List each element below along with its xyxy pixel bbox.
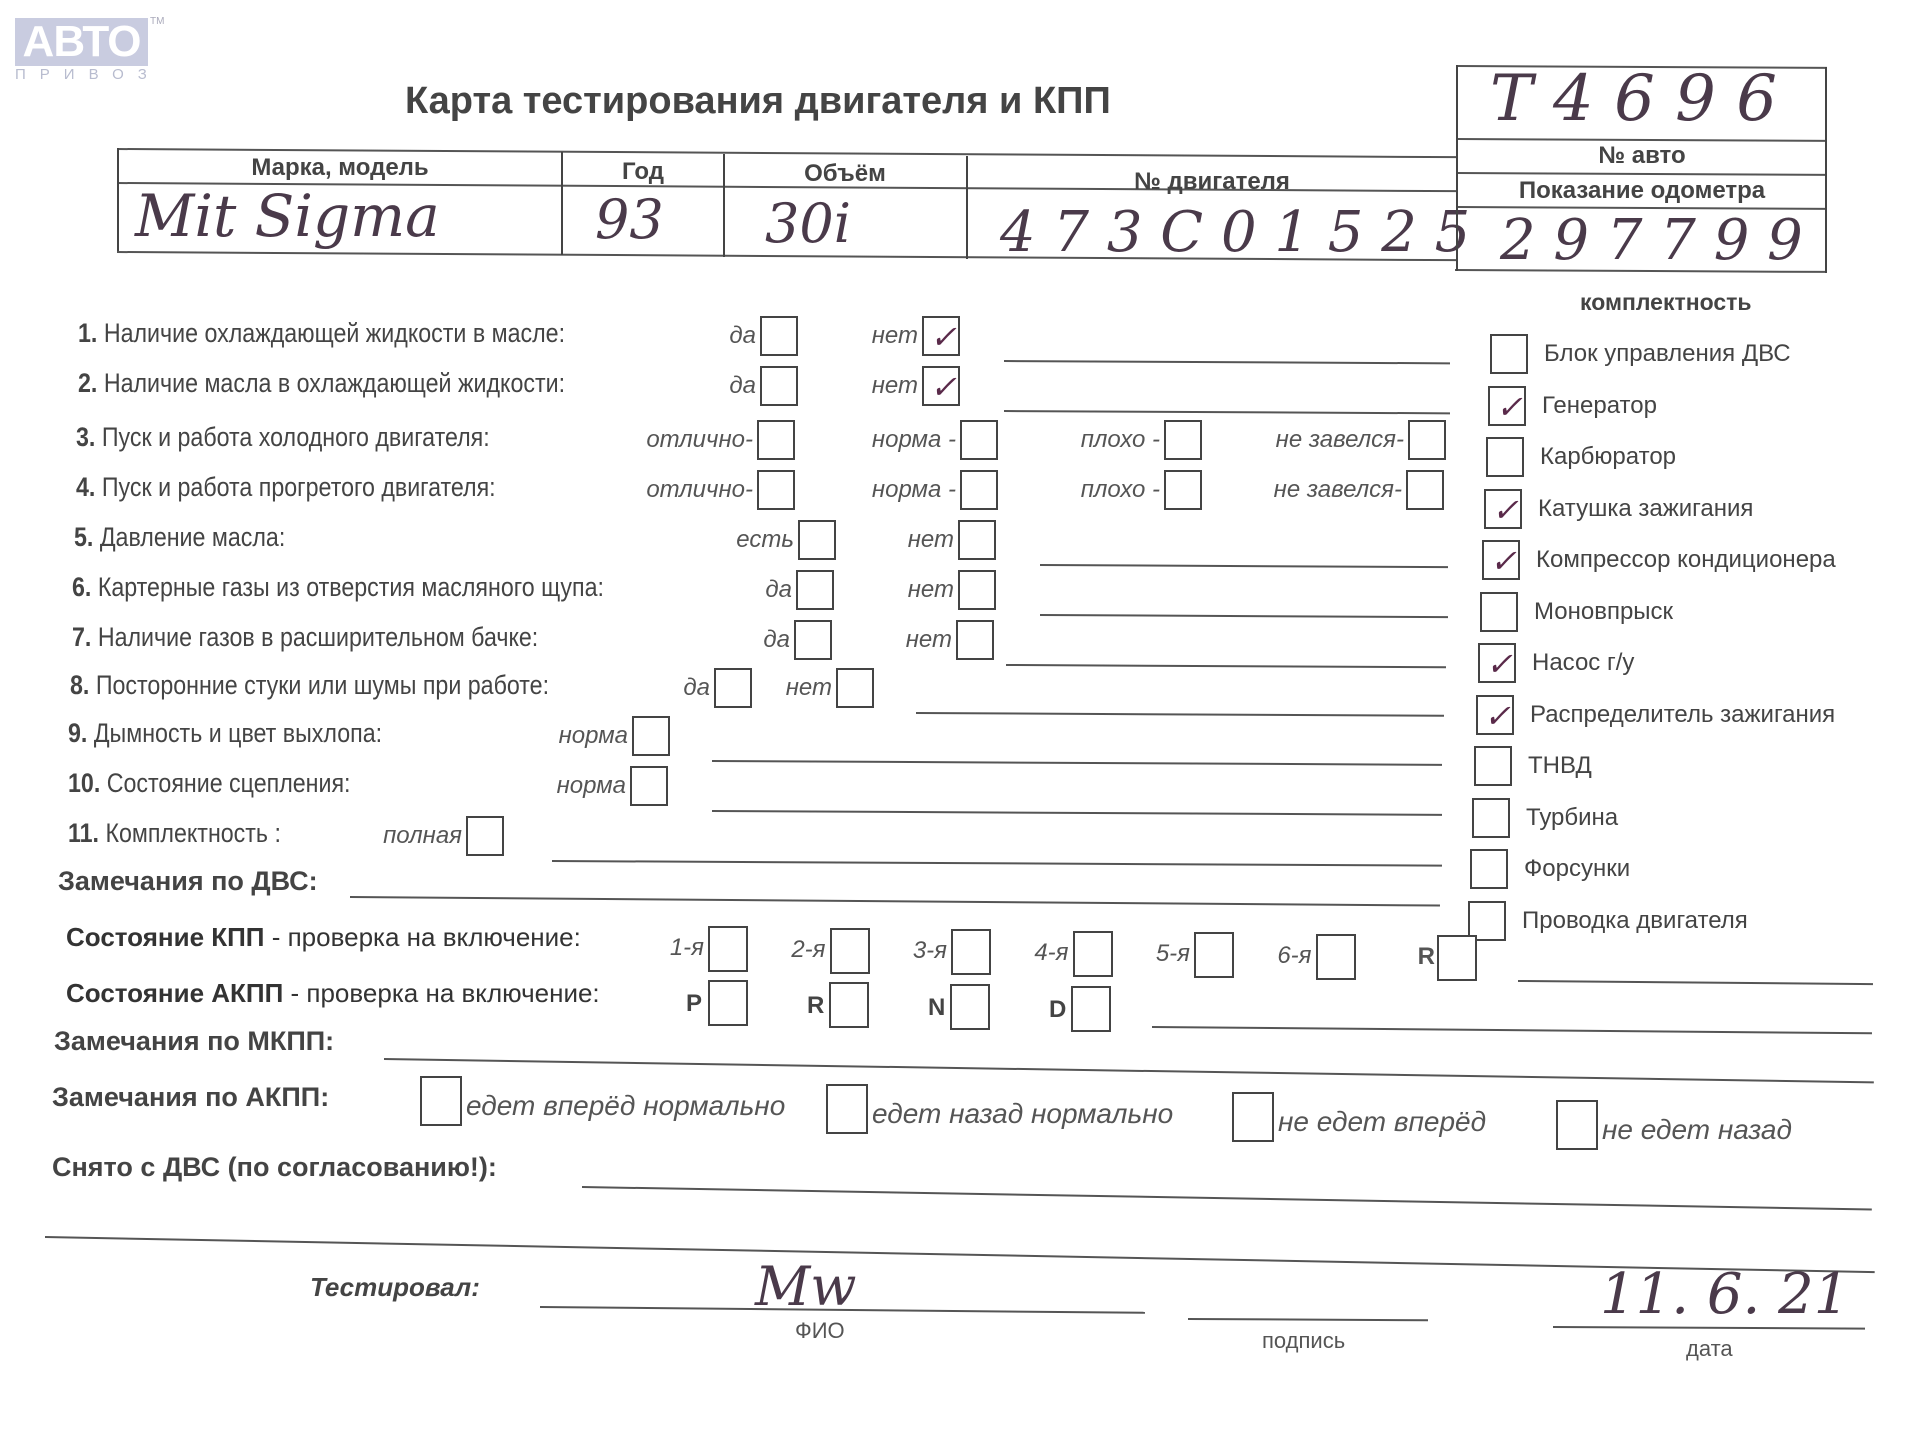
check-question: 3. Пуск и работа холодного двигателя: <box>76 422 490 453</box>
checkmark-icon: ✓ <box>1486 647 1513 681</box>
engine-remarks-line[interactable] <box>350 896 1440 907</box>
check-question: 9. Дымность и цвет выхлопа: <box>68 718 382 749</box>
manual-gearbox-label-rest: - проверка на включение: <box>265 922 581 952</box>
kit-checkbox[interactable] <box>1480 592 1518 632</box>
auto-remark-label: едет назад нормально <box>872 1098 1173 1130</box>
check-number: 3. <box>76 422 102 452</box>
kit-item-label: Форсунки <box>1524 855 1630 883</box>
option-label: нет <box>880 626 952 654</box>
option-checkbox[interactable] <box>466 816 504 856</box>
check-label: Наличие охлаждающей жидкости в масле: <box>104 318 565 348</box>
volume-value[interactable]: 30i <box>765 192 851 255</box>
gear-checkbox-3-я[interactable] <box>951 929 991 975</box>
option-label: не завелся- <box>1200 426 1404 454</box>
option-checkbox[interactable] <box>1164 420 1202 460</box>
gear-label: N <box>928 994 945 1022</box>
check-question: 8. Посторонние стуки или шумы при работе… <box>70 670 549 701</box>
notes-line[interactable] <box>712 810 1442 816</box>
auto-gear-checkbox-p[interactable] <box>708 980 748 1026</box>
manual-remarks-label: Замечания по МКПП: <box>54 1026 334 1057</box>
option-checkbox[interactable] <box>798 520 836 560</box>
check-question: 11. Комплектность : <box>68 818 281 849</box>
kit-item-label: Компрессор кондиционера <box>1536 546 1836 574</box>
kit-item-label: Моновпрыск <box>1534 598 1673 626</box>
kit-item-label: Насос г/у <box>1532 649 1634 677</box>
auto-remarks-label: Замечания по АКПП: <box>52 1082 329 1113</box>
gear-checkbox-5-я[interactable] <box>1194 932 1234 978</box>
check-question: 4. Пуск и работа прогретого двигателя: <box>76 472 496 503</box>
option-label: есть <box>700 526 794 554</box>
option-label: плохо - <box>1040 426 1160 454</box>
auto-remark-checkbox[interactable] <box>420 1076 462 1126</box>
option-checkbox[interactable]: ✓ <box>922 366 960 406</box>
gear-label: 5-я <box>1142 940 1190 968</box>
gear-checkbox-2-я[interactable] <box>830 928 870 974</box>
notes-line[interactable] <box>1040 614 1448 618</box>
option-checkbox[interactable] <box>1164 470 1202 510</box>
notes-line[interactable] <box>1004 360 1450 364</box>
option-checkbox[interactable] <box>760 366 798 406</box>
check-question: 6. Картерные газы из отверстия масляного… <box>72 572 604 603</box>
check-number: 8. <box>70 670 96 700</box>
auto-remark-checkbox[interactable] <box>826 1084 868 1134</box>
kit-checkbox[interactable]: ✓ <box>1478 643 1516 683</box>
odometer-label: Показание одометра <box>1458 177 1826 205</box>
gear-checkbox-1-я[interactable] <box>708 926 748 972</box>
auto-gearbox-label: Состояние АКПП - проверка на включение: <box>66 978 600 1009</box>
option-checkbox[interactable] <box>796 570 834 610</box>
option-label: нет <box>880 526 954 554</box>
check-number: 5. <box>74 522 100 552</box>
option-label: да <box>700 576 792 604</box>
gear-label: 3-я <box>899 937 947 965</box>
check-label: Пуск и работа холодного двигателя: <box>102 422 490 452</box>
checkmark-icon: ✓ <box>930 370 957 404</box>
option-label: норма <box>520 772 626 800</box>
gear-label: 1-я <box>656 934 704 962</box>
check-number: 4. <box>76 472 102 502</box>
option-checkbox[interactable] <box>757 420 795 460</box>
year-value[interactable]: 93 <box>595 188 664 251</box>
kit-checkbox[interactable]: ✓ <box>1476 695 1514 735</box>
kit-checkbox[interactable]: ✓ <box>1482 540 1520 580</box>
check-label: Пуск и работа прогретого двигателя: <box>102 472 496 502</box>
option-label: нет <box>850 322 918 350</box>
manual-gearbox-label-bold: Состояние КПП <box>66 922 265 952</box>
auto-gearbox-label-bold: Состояние АКПП <box>66 978 283 1008</box>
option-label: нет <box>880 576 954 604</box>
option-checkbox[interactable] <box>836 668 874 708</box>
option-label: да <box>700 626 790 654</box>
gear-label: D <box>1049 996 1066 1024</box>
page-title: Карта тестирования двигателя и КПП <box>405 80 1111 123</box>
notes-line[interactable] <box>1040 564 1448 568</box>
auto-gear-checkbox-d[interactable] <box>1071 986 1111 1032</box>
option-checkbox[interactable] <box>757 470 795 510</box>
check-label: Давление масла: <box>100 522 285 552</box>
option-checkbox[interactable] <box>958 520 996 560</box>
check-question: 7. Наличие газов в расширительном бачке: <box>72 622 538 653</box>
check-number: 11. <box>68 818 105 848</box>
kit-checkbox[interactable]: ✓ <box>1484 489 1522 529</box>
option-checkbox[interactable] <box>630 766 668 806</box>
option-label: полная <box>350 822 462 850</box>
check-question: 2. Наличие масла в охлаждающей жидкости: <box>78 368 565 399</box>
gear-checkbox-r[interactable] <box>1437 935 1477 981</box>
option-label: отлично- <box>585 476 753 504</box>
column-header-make-model: Марка, модель <box>120 154 560 182</box>
option-label: отлично- <box>585 426 753 454</box>
check-label: Наличие газов в расширительном бачке: <box>98 622 538 652</box>
checkmark-icon: ✓ <box>1484 699 1511 733</box>
auto-gearbox-label-rest: - проверка на включение: <box>283 978 599 1008</box>
signature-label: подпись <box>1262 1328 1345 1354</box>
kit-item-label: Блок управления ДВС <box>1544 340 1791 368</box>
check-number: 10. <box>68 768 107 798</box>
check-label: Картерные газы из отверстия масляного щу… <box>98 572 604 602</box>
fio-label: ФИО <box>795 1318 845 1344</box>
option-checkbox[interactable] <box>1406 470 1444 510</box>
notes-line[interactable] <box>1004 410 1450 414</box>
kit-checkbox[interactable] <box>1472 798 1510 838</box>
check-number: 2. <box>78 368 104 398</box>
notes-line[interactable] <box>552 860 1442 867</box>
option-checkbox[interactable] <box>632 716 670 756</box>
column-header-year: Год <box>563 158 723 186</box>
option-label: да <box>680 322 756 350</box>
kit-checkbox[interactable] <box>1486 437 1524 477</box>
logo-trademark: TM <box>150 16 164 27</box>
check-label: Дымность и цвет выхлопа: <box>94 718 382 748</box>
column-header-volume: Объём <box>725 160 965 188</box>
option-checkbox[interactable]: ✓ <box>922 316 960 356</box>
option-checkbox[interactable] <box>960 420 998 460</box>
option-checkbox[interactable] <box>1408 420 1446 460</box>
check-number: 9. <box>68 718 94 748</box>
auto-number-label: № авто <box>1458 142 1826 170</box>
check-label: Наличие масла в охлаждающей жидкости: <box>104 368 565 398</box>
fio-value[interactable]: Mw <box>755 1255 857 1318</box>
date-label: дата <box>1686 1336 1733 1362</box>
signature-line[interactable] <box>1188 1318 1428 1321</box>
logo-subtitle: ПРИВОЗ <box>15 66 161 83</box>
logo: АВТО <box>15 18 148 66</box>
make-model-value[interactable]: Mit Sigma <box>135 182 440 250</box>
check-number: 7. <box>72 622 98 652</box>
check-question: 10. Состояние сцепления: <box>68 768 350 799</box>
kit-item-label: Проводка двигателя <box>1522 907 1748 935</box>
kit-item-label: Карбюратор <box>1540 443 1676 471</box>
check-label: Состояние сцепления: <box>107 768 351 798</box>
option-label: норма <box>520 722 628 750</box>
option-label: плохо - <box>1040 476 1160 504</box>
manual-remarks-line[interactable] <box>384 1058 1874 1083</box>
check-label: Посторонние стуки или шумы при работе: <box>96 670 549 700</box>
odometer-value[interactable]: 2 9 7 7 9 9 <box>1500 208 1803 273</box>
option-label: да <box>640 674 710 702</box>
auto-remark-label: едет вперёд нормально <box>466 1090 785 1122</box>
gear-label: R <box>807 992 824 1020</box>
option-label: да <box>680 372 756 400</box>
kit-item-label: Катушка зажигания <box>1538 495 1753 523</box>
kit-checkbox[interactable] <box>1470 849 1508 889</box>
option-label: норма - <box>800 426 956 454</box>
removed-label: Снято с ДВС (по согласованию!): <box>52 1152 497 1183</box>
check-question: 5. Давление масла: <box>74 522 285 553</box>
kit-item-label: Турбина <box>1526 804 1618 832</box>
option-checkbox[interactable] <box>714 668 752 708</box>
kit-checkbox[interactable] <box>1474 746 1512 786</box>
check-number: 6. <box>72 572 98 602</box>
gear-label: 6-я <box>1264 942 1312 970</box>
auto-gear-checkbox-r[interactable] <box>829 982 869 1028</box>
option-label: нет <box>850 372 918 400</box>
column-header-engine-no: № двигателя <box>968 168 1456 196</box>
check-number: 1. <box>78 318 104 348</box>
notes-line[interactable] <box>1006 664 1446 668</box>
removed-line[interactable] <box>582 1186 1872 1211</box>
auto-number-value[interactable]: T 4 6 9 6 <box>1490 62 1777 136</box>
manual-gearbox-label: Состояние КПП - проверка на включение: <box>66 922 581 953</box>
tested-label: Тестировал: <box>310 1272 480 1303</box>
kit-checkbox[interactable] <box>1490 334 1528 374</box>
auto-remark-label: не едет назад <box>1602 1114 1792 1146</box>
gear-checkbox-6-я[interactable] <box>1316 934 1356 980</box>
gear-label: 4-я <box>1021 939 1069 967</box>
option-checkbox[interactable] <box>760 316 798 356</box>
kit-item-label: Генератор <box>1542 392 1657 420</box>
checkmark-icon: ✓ <box>930 320 957 354</box>
notes-line[interactable] <box>712 760 1442 766</box>
gear-label: R <box>1385 943 1435 971</box>
checkmark-icon: ✓ <box>1492 493 1519 527</box>
auto-remark-label: не едет вперёд <box>1278 1106 1486 1138</box>
engine-no-value[interactable]: 4 7 3 C 0 1 5 2 5 <box>1000 200 1470 265</box>
kit-item-label: ТНВД <box>1528 752 1592 780</box>
option-checkbox[interactable] <box>794 620 832 660</box>
option-checkbox[interactable] <box>960 470 998 510</box>
date-value[interactable]: 11. 6. 21 <box>1600 1262 1849 1327</box>
auto-remark-checkbox[interactable] <box>1556 1100 1598 1150</box>
check-question: 1. Наличие охлаждающей жидкости в масле: <box>78 318 565 349</box>
checkmark-icon: ✓ <box>1490 544 1517 578</box>
gear-label: 2-я <box>778 936 826 964</box>
kit-checkbox[interactable]: ✓ <box>1488 386 1526 426</box>
auto-gear-checkbox-n[interactable] <box>950 984 990 1030</box>
gear-label: P <box>686 990 702 1018</box>
option-checkbox[interactable] <box>956 620 994 660</box>
option-label: норма - <box>800 476 956 504</box>
notes-line[interactable] <box>916 712 1444 717</box>
engine-remarks-label: Замечания по ДВС: <box>58 866 318 897</box>
gear-checkbox-4-я[interactable] <box>1073 931 1113 977</box>
option-label: нет <box>760 674 832 702</box>
option-checkbox[interactable] <box>958 570 996 610</box>
kit-title: комплектность <box>1580 289 1752 316</box>
auto-remark-checkbox[interactable] <box>1232 1092 1274 1142</box>
kit-item-label: Распределитель зажигания <box>1530 701 1835 729</box>
checkmark-icon: ✓ <box>1496 390 1523 424</box>
check-label: Комплектность : <box>105 818 280 848</box>
option-label: не завелся- <box>1200 476 1402 504</box>
